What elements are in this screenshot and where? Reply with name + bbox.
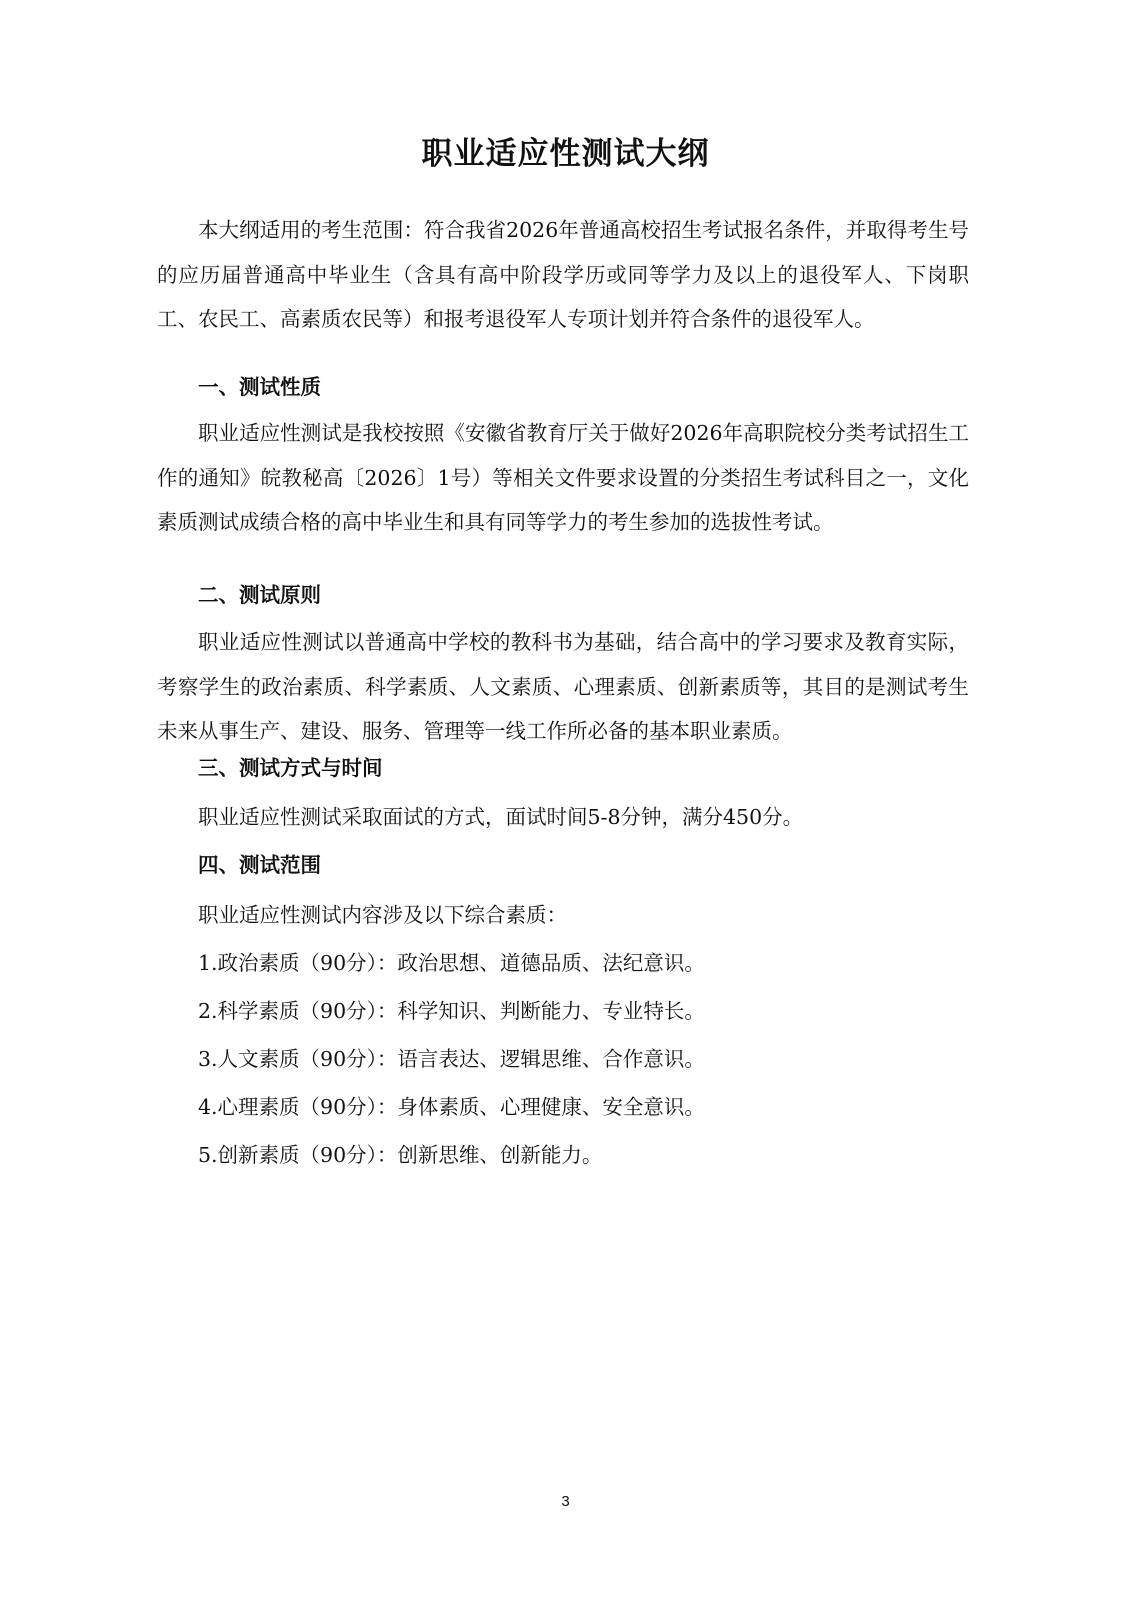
section-heading-scope: 四、测试范围	[198, 848, 321, 878]
section-body-nature: 职业适应性测试是我校按照《安徽省教育厅关于做好2026年高职院校分类考试招生工作…	[157, 411, 969, 545]
section-body-principle: 职业适应性测试以普通高中学校的教科书为基础，结合高中的学习要求及教育实际，考察学…	[157, 620, 969, 754]
section-body-scope: 职业适应性测试内容涉及以下综合素质：	[198, 898, 567, 928]
intro-paragraph: 本大纲适用的考生范围：符合我省2026年普通高校招生考试报名条件，并取得考生号的…	[157, 208, 969, 342]
section-heading-principle: 二、测试原则	[198, 578, 321, 608]
list-item: 2.科学素质（90分）：科学知识、判断能力、专业特长。	[198, 994, 705, 1024]
document-page: 职业适应性测试大纲 本大纲适用的考生范围：符合我省2026年普通高校招生考试报名…	[0, 0, 1131, 1600]
section-heading-nature: 一、测试性质	[198, 370, 321, 400]
list-item: 3.人文素质（90分）：语言表达、逻辑思维、合作意识。	[198, 1042, 705, 1072]
list-item: 4.心理素质（90分）：身体素质、心理健康、安全意识。	[198, 1090, 705, 1120]
section-heading-method: 三、测试方式与时间	[198, 751, 383, 781]
page-number: 3	[0, 1493, 1131, 1510]
section-body-method: 职业适应性测试采取面试的方式，面试时间5-8分钟，满分450分。	[198, 800, 803, 830]
document-title: 职业适应性测试大纲	[0, 128, 1131, 173]
list-item: 5.创新素质（90分）：创新思维、创新能力。	[198, 1138, 602, 1168]
list-item: 1.政治素质（90分）：政治思想、道德品质、法纪意识。	[198, 946, 705, 976]
